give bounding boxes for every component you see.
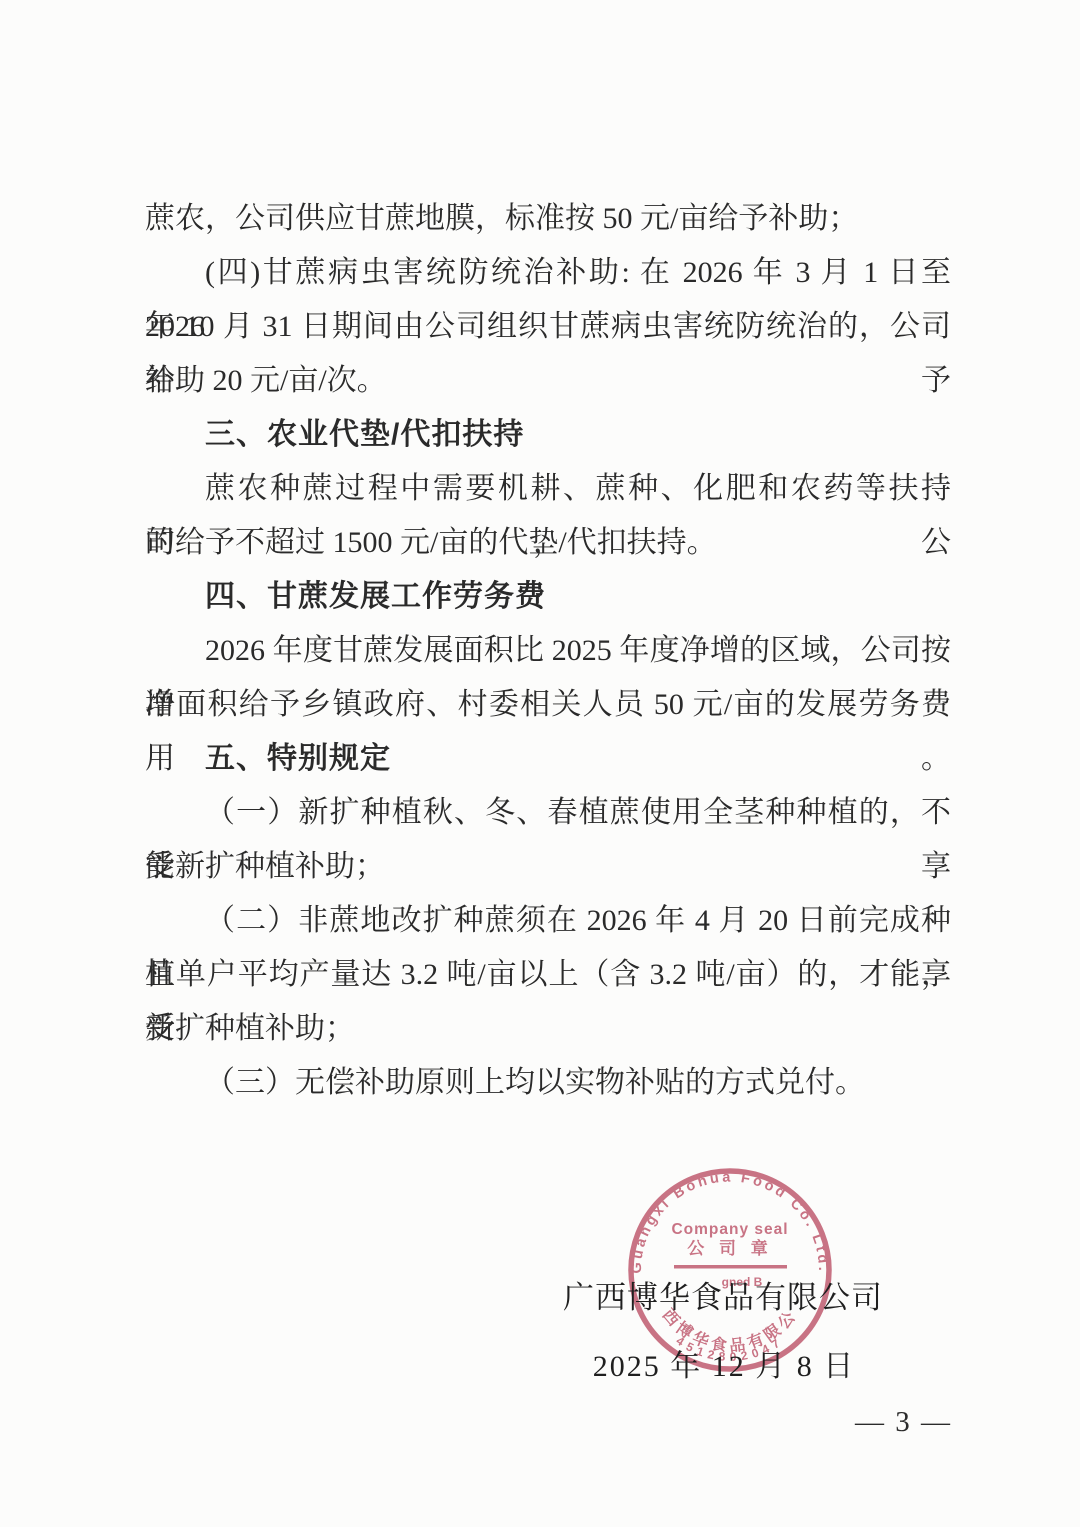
body-line-12: （一）新扩种植秋、冬、春植蔗使用全茎种种植的，不能享 bbox=[145, 786, 951, 840]
body-line-10: 增面积给予乡镇政府、村委相关人员 50 元/亩的发展劳务费用。 bbox=[145, 678, 951, 732]
seal-divider-line bbox=[674, 1265, 787, 1269]
body-line-6: 蔗农种蔗过程中需要机耕、蔗种、化肥和农药等扶持的，公 bbox=[145, 462, 951, 516]
seal-label-en: Company seal bbox=[671, 1221, 788, 1238]
body-line-3: 年 10 月 31 日期间由公司组织甘蔗病虫害统防统治的，公司给予 bbox=[145, 300, 951, 354]
page-number: — 3 — bbox=[855, 1406, 952, 1439]
body-line-9: 2026 年度甘蔗发展面积比 2025 年度净增的区域，公司按净 bbox=[145, 624, 951, 678]
document-body: 蔗农，公司供应甘蔗地膜，标准按 50 元/亩给予补助； (四)甘蔗病虫害统防统治… bbox=[145, 192, 951, 1110]
signature-date: 2025 年 12 月 8 日 bbox=[593, 1341, 856, 1385]
body-line-14: （二）非蔗地改扩种蔗须在 2026 年 4 月 20 日前完成种植， bbox=[145, 894, 951, 948]
section-heading-4: 四、甘蔗发展工作劳务费 bbox=[145, 570, 951, 624]
body-line-1: 蔗农，公司供应甘蔗地膜，标准按 50 元/亩给予补助； bbox=[145, 192, 951, 246]
seal-label-zh: 公 司 章 bbox=[687, 1238, 772, 1258]
body-line-15: 且单户平均产量达 3.2 吨/亩以上（含 3.2 吨/亩）的，才能享受 bbox=[145, 948, 951, 1002]
body-line-16: 新扩种植补助； bbox=[145, 1002, 951, 1056]
section-heading-3: 三、农业代垫/代扣扶持 bbox=[145, 408, 951, 462]
body-line-2: (四)甘蔗病虫害统防统治补助: 在 2026 年 3 月 1 日至 2026 bbox=[145, 246, 951, 300]
signature-company-name: 广西博华食品有限公司 bbox=[563, 1272, 883, 1317]
document-page: 蔗农，公司供应甘蔗地膜，标准按 50 元/亩给予补助； (四)甘蔗病虫害统防统治… bbox=[0, 0, 1080, 1527]
body-line-17: （三）无偿补助原则上均以实物补贴的方式兑付。 bbox=[145, 1056, 951, 1110]
